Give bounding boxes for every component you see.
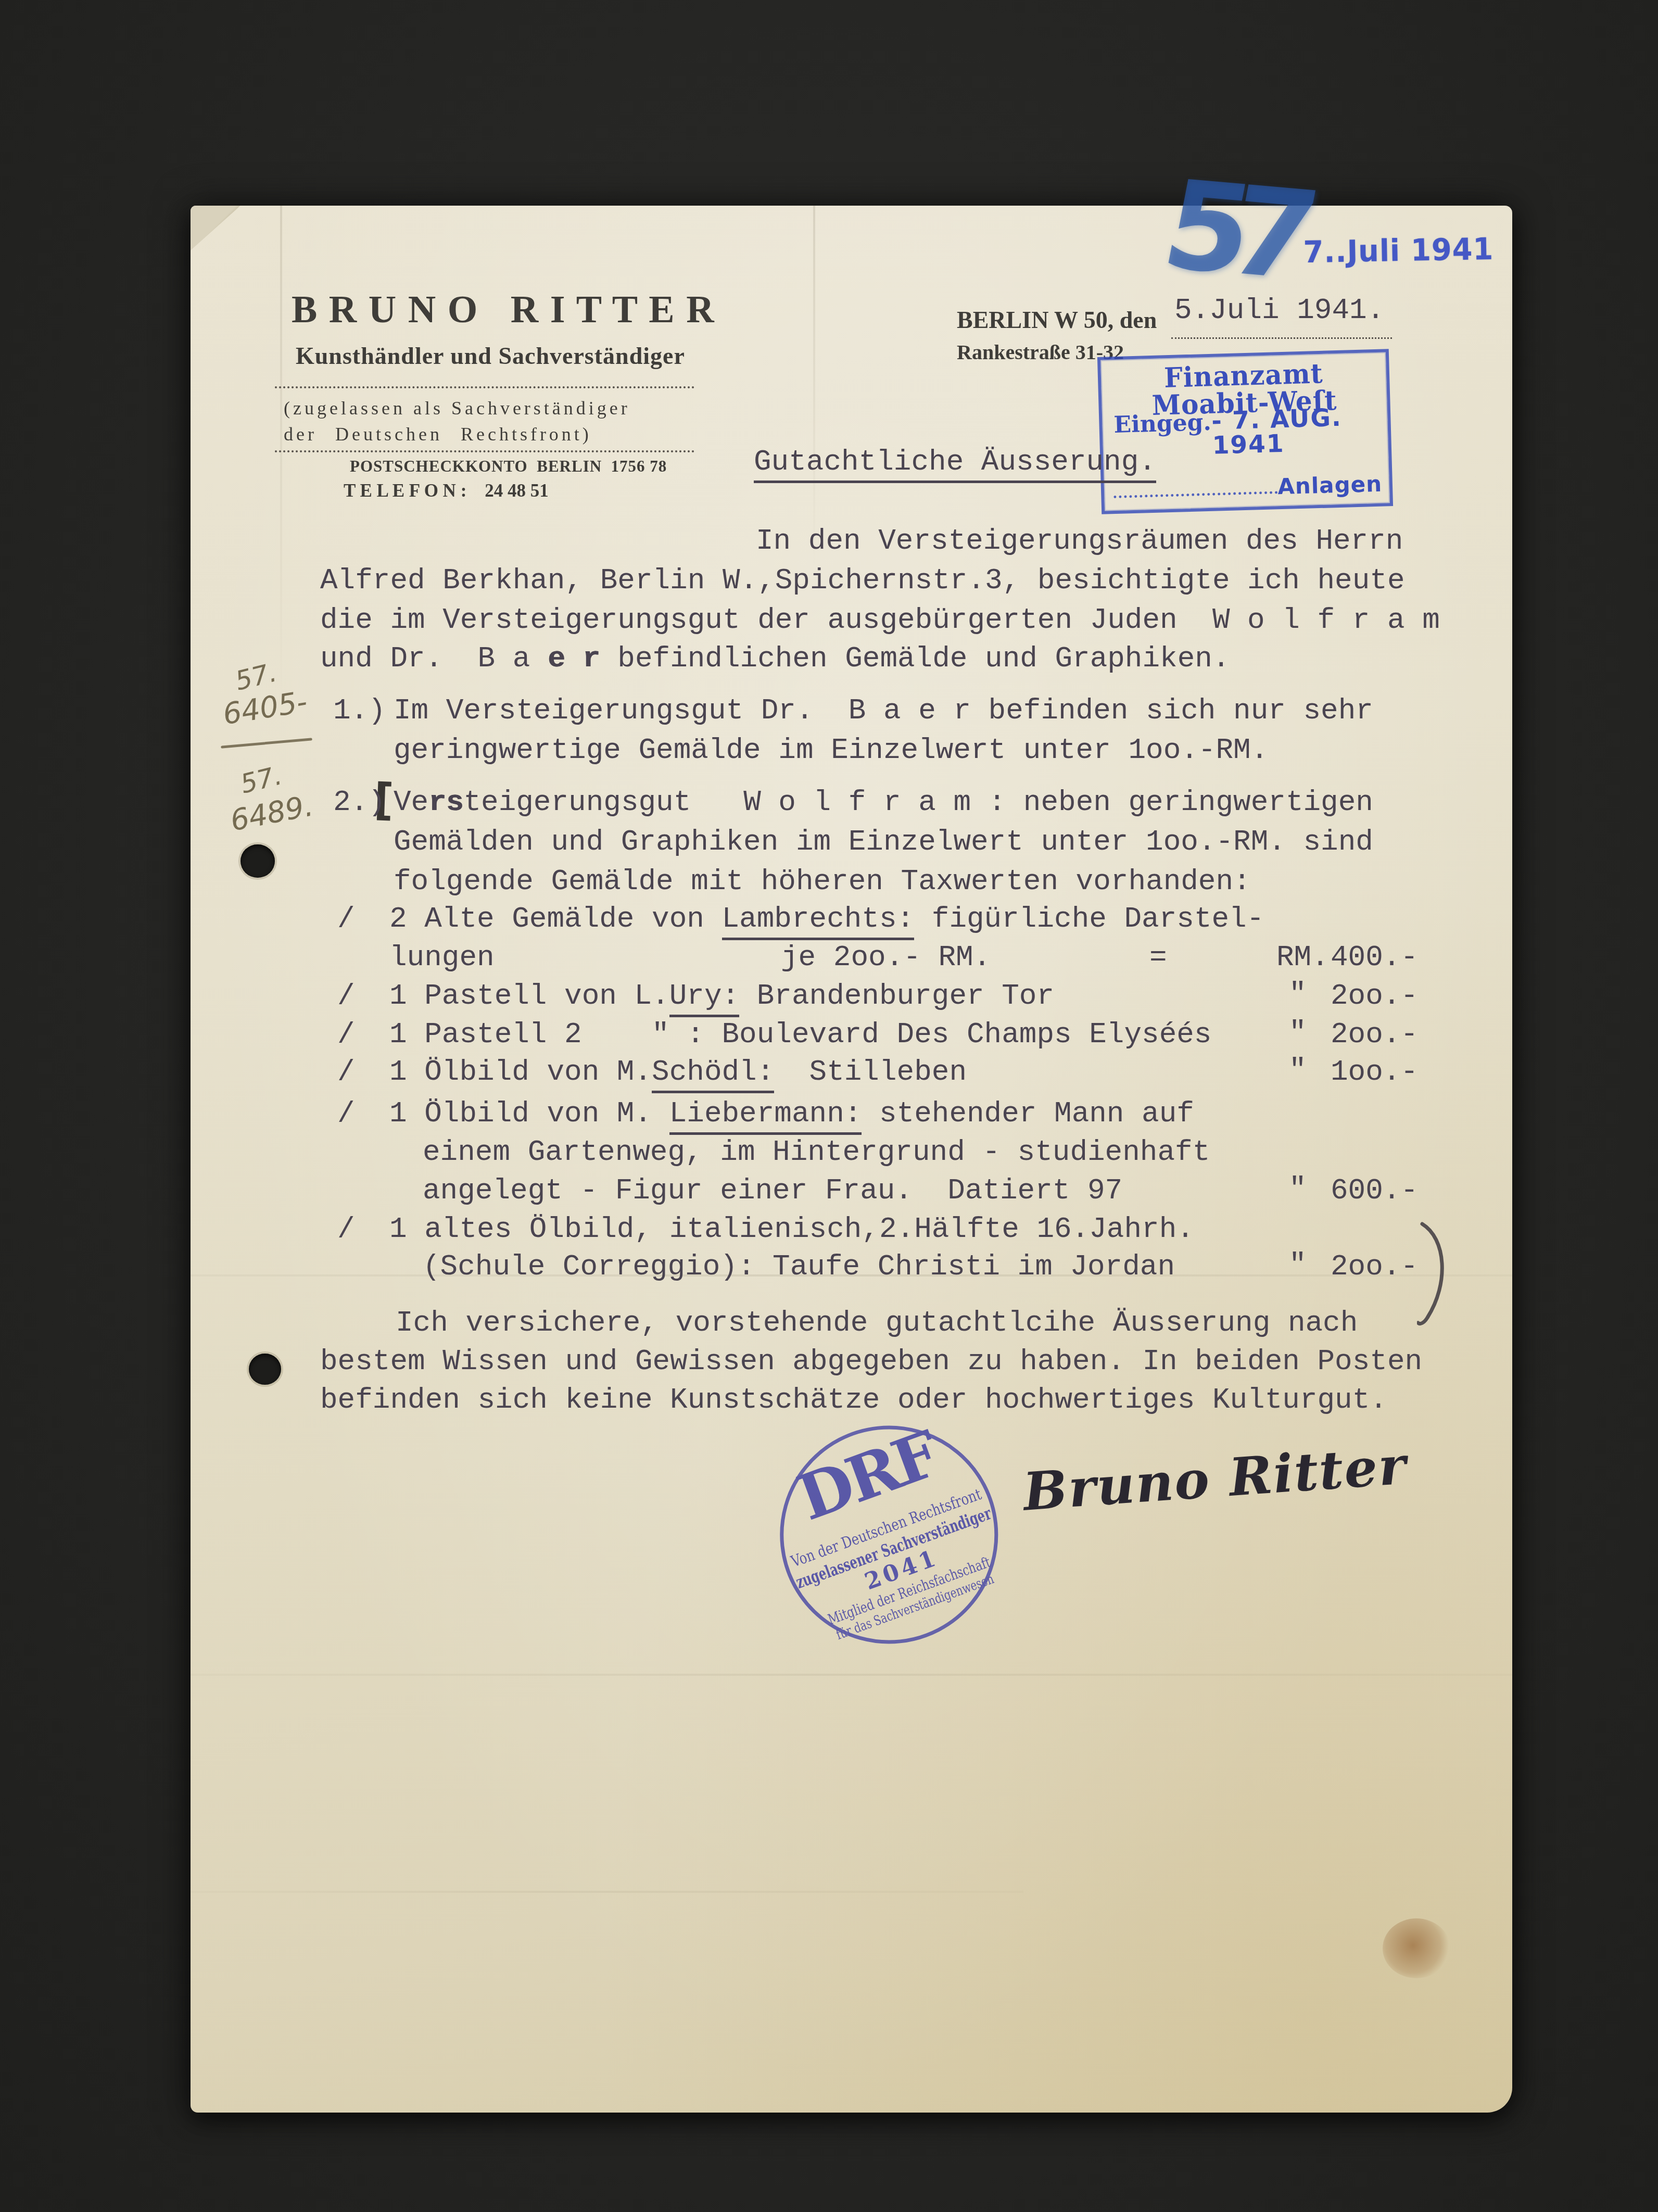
artwork-row-marker: / — [337, 902, 355, 936]
amount-value: 2oo.- — [1331, 1017, 1418, 1052]
arrival-date-stamp: 7..Juli 1941 — [1303, 234, 1494, 267]
amount-value: 600.- — [1331, 1173, 1418, 1208]
amount-value: 2oo.- — [1331, 1249, 1418, 1284]
letterhead-rule-top — [275, 386, 694, 388]
artwork-row: 1 altes Ölbild, italienisch,2.Hälfte 16.… — [389, 1212, 1194, 1246]
body-line: folgende Gemälde mit höheren Taxwerten v… — [394, 864, 1251, 899]
ditto-mark: " — [1289, 1053, 1307, 1087]
amount-value: 2oo.- — [1331, 979, 1418, 1013]
finanzamt-stamp-eingeg: Eingeg. — [1113, 411, 1211, 437]
finanzamt-receipt-stamp: Finanzamt Moabit-Weſt Eingeg. - 7. AUG. … — [1097, 349, 1393, 514]
text-segment: figürliche Darstel- — [914, 902, 1264, 936]
body-line: Gemälden und Graphiken im Einzelwert unt… — [394, 825, 1373, 859]
crayon-file-number: 57 — [1155, 165, 1308, 297]
currency-label: RM. — [1276, 940, 1329, 975]
letterhead-credential-1: (zugelassen als Sachverständiger — [284, 397, 630, 419]
text-segment: Gutachtliche Äusserung. — [754, 445, 1156, 483]
text-segment: Ury: — [669, 979, 739, 1017]
body-line: bestem Wissen und Gewissen abgegeben zu … — [320, 1344, 1422, 1379]
artwork-row: angelegt - Figur einer Frau. Datiert 97 — [423, 1173, 1122, 1208]
margin-note-2-number: 6489. — [228, 791, 315, 836]
artwork-row-marker: / — [337, 1017, 355, 1052]
body-line: Versteigerungsgut W o l f r a m : neben … — [394, 785, 1373, 819]
text-segment: Stilleben — [774, 1055, 967, 1089]
body-line: Alfred Berkhan, Berlin W.,Spichernstr.3,… — [320, 563, 1405, 598]
handwritten-hook-mark — [1417, 1221, 1453, 1328]
text-segment: 1 Pastell von L. — [389, 979, 669, 1013]
paper-crease — [191, 1674, 1512, 1676]
text-segment: stehender Mann auf — [862, 1097, 1194, 1130]
text-segment: und Dr. B a — [320, 642, 548, 675]
artwork-row-marker: / — [337, 1055, 355, 1089]
artwork-row-marker: / — [337, 1212, 355, 1246]
item-2-number: 2.) — [333, 785, 386, 819]
artwork-row-marker: / — [337, 1096, 355, 1131]
paper-crease — [813, 206, 815, 570]
text-segment: teigerungsgut W o l f r a m : neben geri… — [463, 786, 1373, 819]
letterhead-account: POSTSCHECKKONTO BERLIN 1756 78 — [350, 457, 667, 476]
item-1-number: 1.) — [333, 693, 386, 728]
letterhead-phone: T E L E F O N : 24 48 51 — [344, 481, 549, 501]
punch-hole — [249, 1354, 281, 1385]
letterhead-rule-bottom — [275, 450, 694, 452]
text-segment: 1 Ölbild von M. — [389, 1097, 669, 1130]
finanzamt-stamp-date: - 7. AUG. 1941 — [1211, 404, 1388, 458]
letterhead-credential-2: der Deutschen Rechtsfront) — [284, 423, 592, 445]
text-segment: befindlichen Gemälde und Graphiken. — [600, 642, 1230, 675]
date-dotted-line — [1171, 337, 1392, 339]
body-line: In den Versteigerungsräumen des Herrn — [756, 524, 1403, 558]
document-title: Gutachtliche Äusserung. — [754, 445, 1156, 479]
artwork-row: 2 Alte Gemälde von Lambrechts: figürlich… — [389, 902, 1264, 936]
artwork-row: 1 Pastell 2 " : Boulevard Des Champs Ely… — [389, 1017, 1211, 1052]
body-line: geringwertige Gemälde im Einzelwert unte… — [394, 733, 1268, 767]
paper-crease — [191, 1891, 1023, 1893]
text-segment: Brandenburger Tor — [739, 979, 1054, 1013]
ditto-mark: " — [1289, 1015, 1307, 1050]
equals-sign: = — [1149, 940, 1167, 975]
text-segment: rs — [428, 786, 463, 819]
artwork-unit-price: je 2oo.- RM. — [781, 940, 991, 975]
text-segment: Ve — [394, 786, 428, 819]
artwork-row: einem Gartenweg, im Hintergrund - studie… — [423, 1135, 1210, 1169]
text-segment: Liebermann: — [669, 1097, 862, 1135]
text-segment: 2 Alte Gemälde von — [389, 902, 722, 936]
ditto-mark: " — [1289, 1171, 1307, 1206]
body-line: Ich versichere, vorstehende gutachtlcihe… — [396, 1306, 1358, 1340]
body-line: befinden sich keine Kunstschätze oder ho… — [320, 1383, 1387, 1417]
letterhead-name: B R U N O R I T T E R — [292, 288, 715, 332]
text-segment: 1 Ölbild von M. — [389, 1055, 652, 1089]
artwork-row: (Schule Correggio): Taufe Christi im Jor… — [423, 1249, 1175, 1284]
letterhead-subtitle: Kunsthändler und Sachverständiger — [296, 342, 685, 370]
folded-corner — [191, 206, 241, 250]
text-segment: Schödl: — [652, 1055, 774, 1093]
margin-note-2-top: 57. — [238, 762, 284, 798]
photo-backdrop: B R U N O R I T T E R Kunsthändler und S… — [0, 0, 1658, 2212]
margin-note-1-top: 57. — [233, 659, 279, 694]
drf-seal-stamp: DRF Von der Deutschen Rechtsfront zugela… — [777, 1422, 1002, 1649]
body-line: Im Versteigerungsgut Dr. B a e r befinde… — [394, 693, 1373, 728]
body-line: und Dr. B a e r befindlichen Gemälde und… — [320, 641, 1230, 676]
paper-crease — [280, 206, 282, 705]
artwork-row: 1 Pastell von L.Ury: Brandenburger Tor — [389, 979, 1054, 1013]
amount-value: 400.- — [1331, 940, 1418, 975]
text-segment: e r — [548, 642, 600, 675]
artwork-row: 1 Ölbild von M. Liebermann: stehender Ma… — [389, 1096, 1194, 1131]
body-line: die im Versteigerungsgut der ausgebürger… — [320, 603, 1440, 637]
rust-stain — [1383, 1918, 1450, 1978]
artwork-row-marker: / — [337, 979, 355, 1013]
letter-page: B R U N O R I T T E R Kunsthändler und S… — [191, 206, 1512, 2113]
ditto-mark: " — [1289, 1247, 1307, 1282]
artwork-row: 1 Ölbild von M.Schödl: Stilleben — [389, 1055, 967, 1089]
artwork-row: lungen — [389, 940, 495, 975]
text-segment: Lambrechts: — [722, 902, 915, 940]
ditto-mark: " — [1289, 977, 1307, 1011]
anlagen-dotted-line — [1113, 491, 1277, 498]
dateline-city: BERLIN W 50, den — [957, 306, 1157, 334]
margin-note-underline — [221, 738, 312, 748]
margin-note-1-number: 6405- — [221, 688, 309, 730]
punch-hole — [241, 844, 275, 878]
finanzamt-stamp-anlagen: Anlagen — [1277, 473, 1383, 498]
amount-value: 1oo.- — [1331, 1055, 1418, 1089]
signature: Bruno Ritter — [1021, 1439, 1408, 1518]
